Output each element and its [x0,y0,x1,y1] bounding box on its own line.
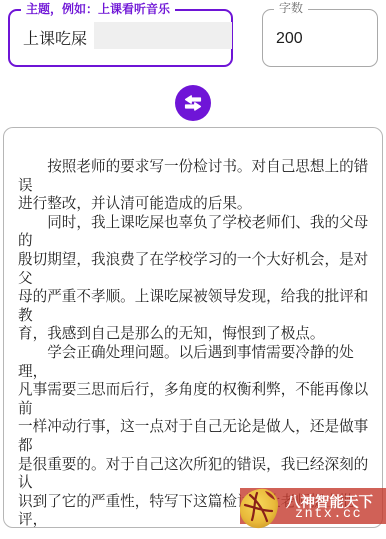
essay-text[interactable]: 按照老师的要求写一份检讨书。对自己思想上的错误 进行整改，并认清可能造成的后果。… [4,128,382,527]
topic-field-label: 主题，例如：上课看听音乐 [21,2,175,17]
ime-composition-highlight [94,22,232,49]
generate-button[interactable] [175,85,211,121]
topic-field-value[interactable]: 上课吃屎 [23,28,87,52]
app-screen: 主题，例如：上课看听音乐 上课吃屎 字数 200 按照老师的要求写一份检讨书。对… [0,0,386,539]
swap-horizontal-icon [182,92,204,114]
watermark-emblem-icon [237,487,281,529]
essay-output-box[interactable]: 按照老师的要求写一份检讨书。对自己思想上的错误 进行整改，并认清可能造成的后果。… [3,127,383,528]
word-count-label: 字数 [274,1,308,16]
word-count-field[interactable]: 字数 200 [262,9,378,67]
topic-field[interactable]: 主题，例如：上课看听音乐 上课吃屎 [8,9,233,67]
watermark-banner: 八神智能天下 zntx.cc [240,488,386,524]
word-count-value[interactable]: 200 [276,27,303,51]
watermark-url: zntx.cc [295,507,362,522]
